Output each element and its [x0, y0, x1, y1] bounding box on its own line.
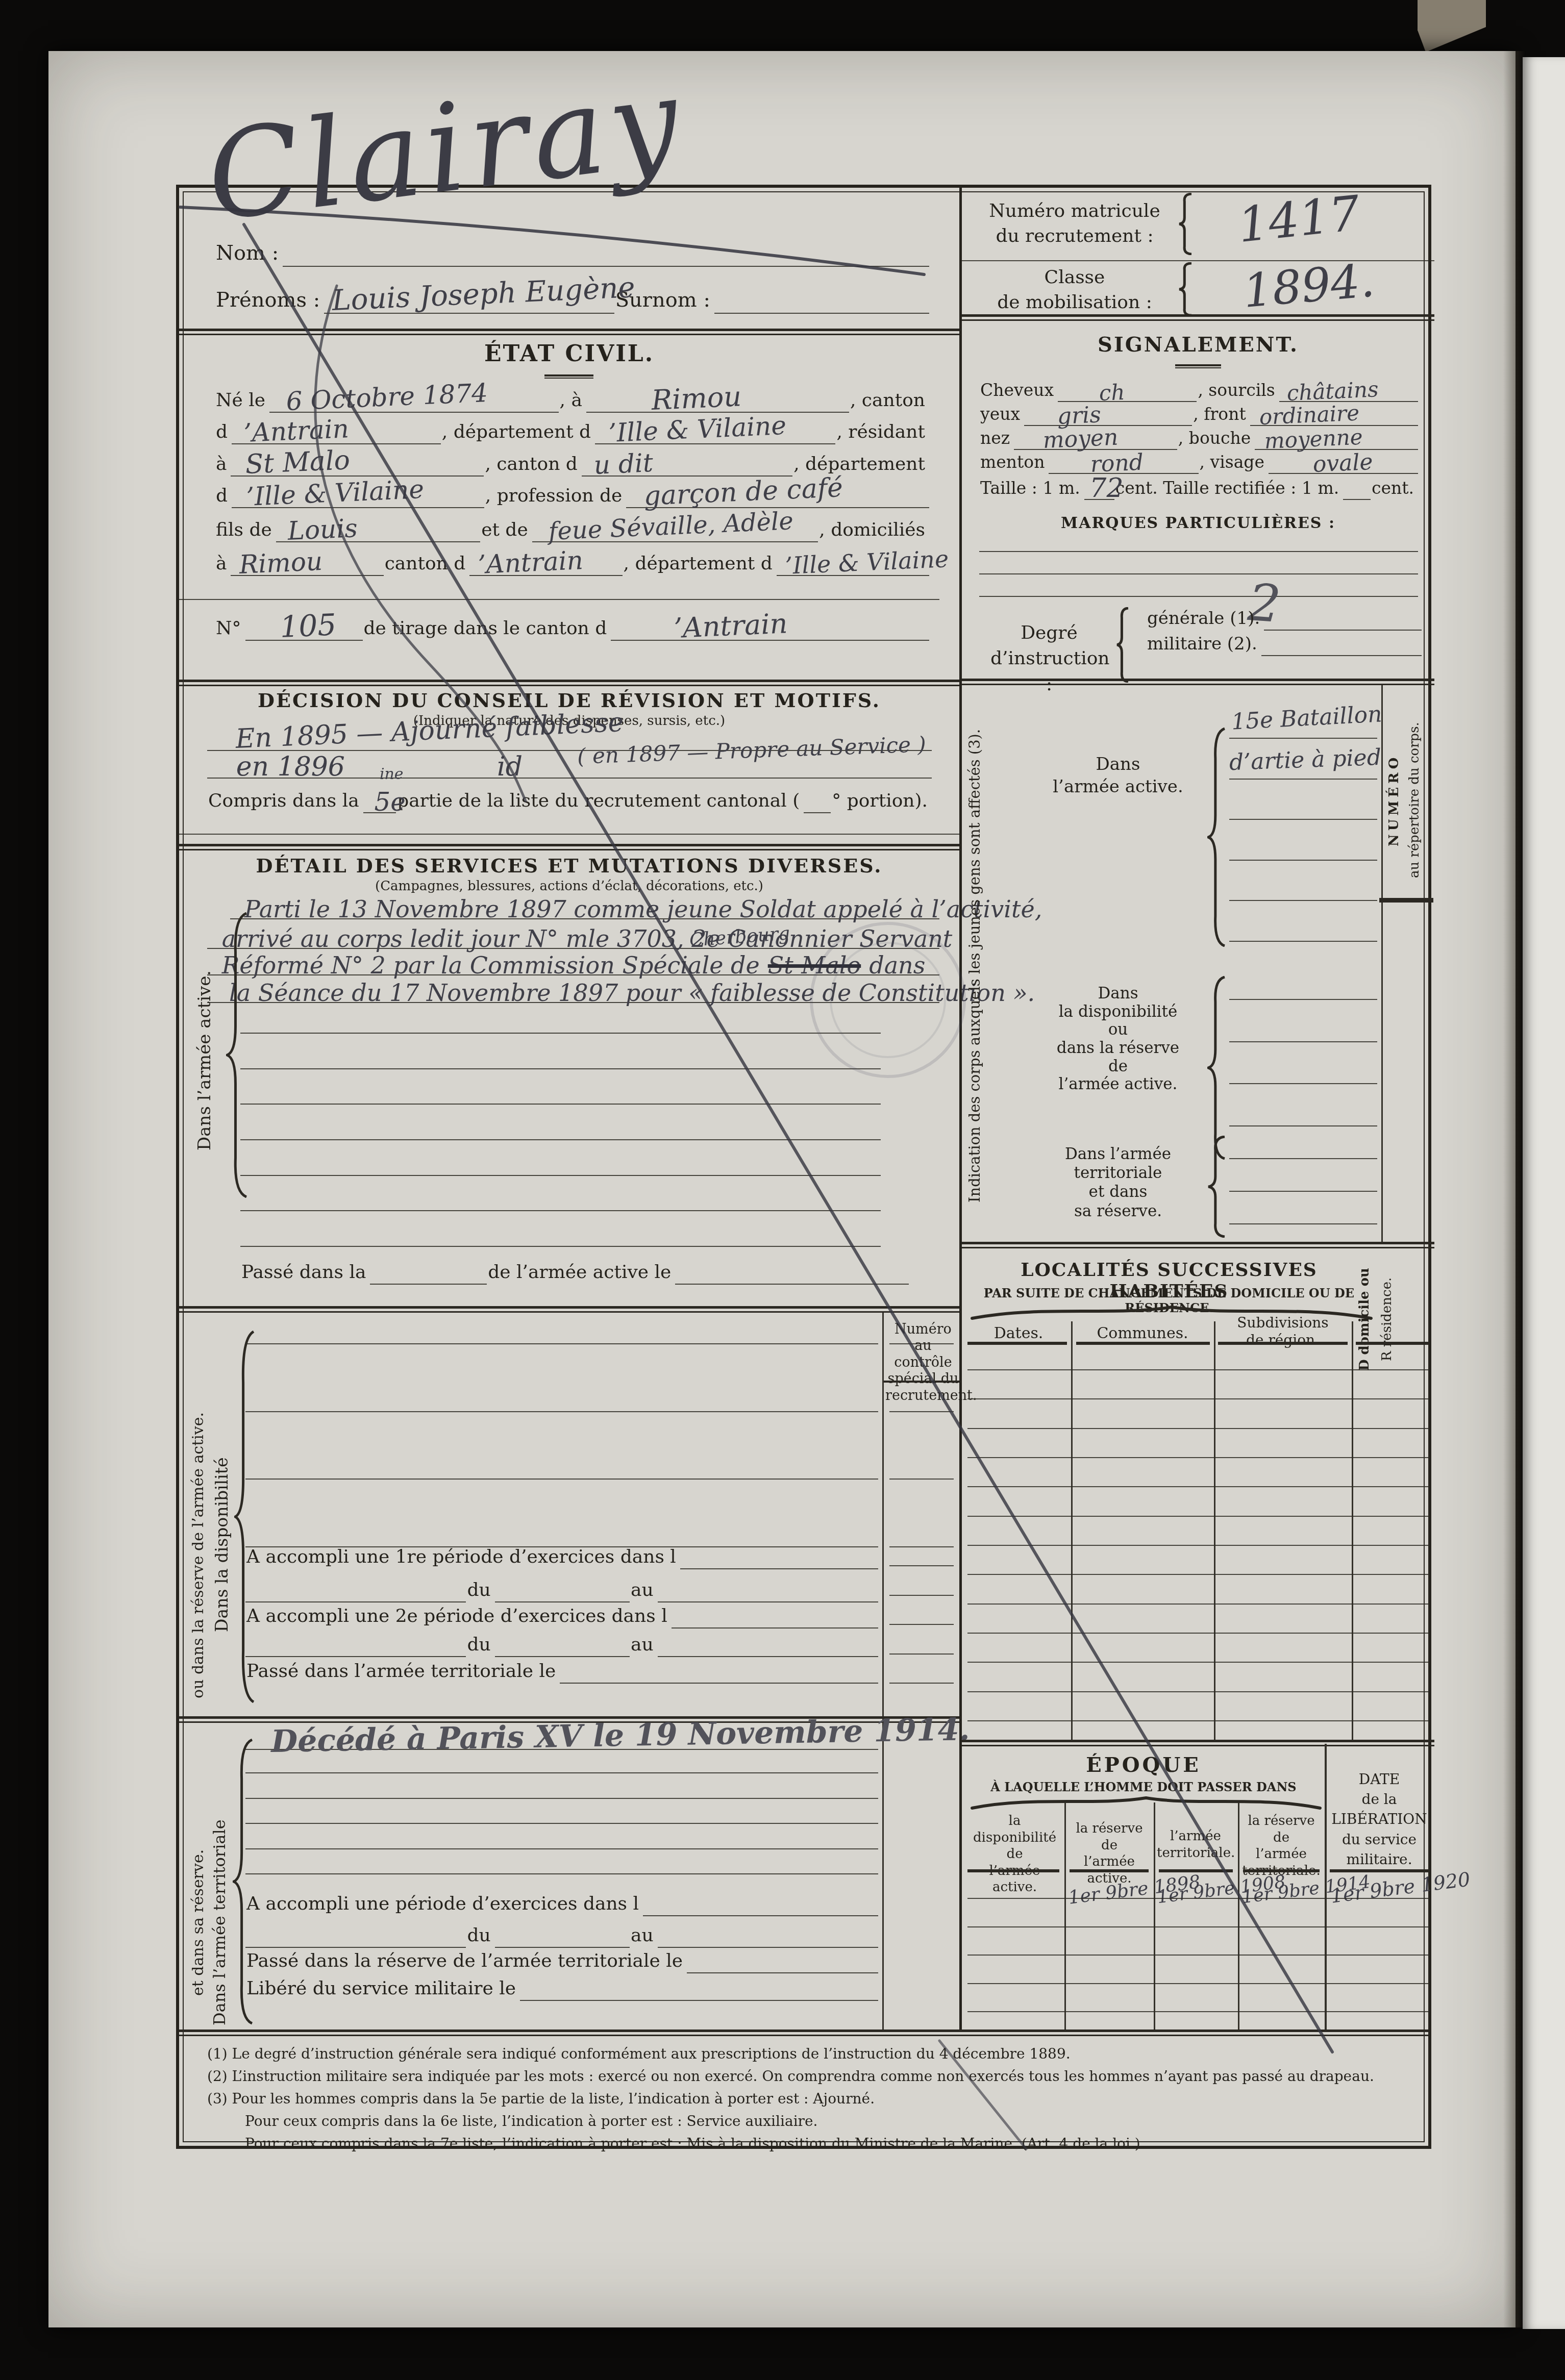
controle-column-divider	[882, 1313, 884, 2030]
ruled-line	[1229, 1191, 1377, 1192]
localites-col-residence: R résidence.	[1379, 1264, 1395, 1374]
prenoms-label: Prénoms :	[215, 288, 324, 314]
value: ’Ille & Vilaine	[608, 411, 787, 448]
prenoms-value: Louis Joseph Eugène	[331, 271, 636, 317]
label: de tirage dans le canton d	[363, 618, 611, 641]
deces-row: Décédé à Paris XV le 19 Novembre 1914.	[245, 1721, 878, 1750]
label: A accompli une 1re période d’exercices d…	[245, 1546, 680, 1569]
line: arrivé au corps ledit jour N° mle 3703, …	[207, 924, 939, 949]
line: feue Sévaille, Adèle	[532, 516, 818, 542]
ruled-line	[240, 1210, 881, 1211]
label: d	[215, 485, 232, 508]
label: , front	[1192, 404, 1250, 426]
epoque-col-2: la réserve de l’armée active.	[1068, 1820, 1151, 1887]
label: à	[215, 553, 231, 576]
label: , visage	[1199, 452, 1269, 474]
etat-civil-title: ÉTAT CIVIL.	[179, 341, 959, 367]
sig-row-3: nez moyen , bouche moyenne	[979, 425, 1418, 450]
ruled-line	[1229, 779, 1377, 780]
field-prenoms: Prénoms : Louis Joseph Eugène Surnom :	[215, 282, 929, 314]
territoriale-vertical-label-2: et dans sa réserve.	[189, 1800, 207, 2045]
line: 6 Octobre 1874	[269, 386, 559, 413]
ruled-line	[240, 1246, 881, 1247]
value-superscript: ine	[380, 765, 404, 817]
line: Rimou	[586, 386, 849, 413]
line: ’Ille & Vilaine	[777, 549, 929, 576]
label: Passé dans la	[240, 1262, 370, 1285]
footnote-3: (3) Pour les hommes compris dans la 5e p…	[207, 2090, 1417, 2108]
decision-line-2: en 1896 id	[207, 752, 932, 779]
ec-row-4: d ’Ille & Vilaine , profession de garçon…	[215, 482, 929, 508]
line: la Séance du 17 Novembre 1897 pour « fai…	[207, 979, 939, 1003]
ruled-line	[967, 1604, 1429, 1605]
separator	[179, 1306, 959, 1313]
label: A accompli une 2e période d’exercices da…	[245, 1606, 672, 1629]
label: au	[630, 1634, 658, 1657]
classe-label: Classe de mobilisation :	[975, 265, 1174, 315]
tirage-row: N° 105 de tirage dans le canton d ’Antra…	[215, 614, 929, 641]
ruled-line	[889, 1654, 954, 1655]
label: N°	[215, 618, 245, 641]
line: Louis	[276, 516, 480, 542]
armee-active-brace	[226, 912, 247, 1198]
ruled-line	[967, 1898, 1429, 1899]
line	[672, 1603, 878, 1629]
corps-b3-lines	[1229, 1158, 1377, 1224]
line	[245, 1921, 466, 1948]
epoque-col-1: la disponibilité de l’armée active.	[967, 1813, 1062, 1896]
ec-row-3: à St Malo , canton d u dit , département	[215, 450, 929, 477]
value: ’Antrain	[243, 414, 350, 448]
ruled-line	[240, 1033, 881, 1034]
value: ovale	[1312, 449, 1374, 478]
separator	[962, 679, 1434, 685]
label: A accompli une période d’exercices dans …	[245, 1893, 643, 1916]
title-flourish	[1175, 364, 1221, 368]
ruled-line	[1229, 941, 1377, 942]
line: 72	[1084, 474, 1114, 500]
ruled-line	[245, 1411, 878, 1412]
value: Réformé N° 2 par la Commission Spéciale …	[222, 951, 926, 979]
value: u dit	[593, 448, 654, 480]
ruled-line	[967, 1720, 1429, 1721]
ruled-line	[889, 1343, 954, 1344]
ruled-line	[967, 1955, 1429, 1956]
ruled-line	[967, 1662, 1429, 1663]
line	[495, 1921, 630, 1948]
field-nom: Nom :	[215, 236, 929, 267]
ruled-line	[1229, 900, 1377, 901]
territoriale-vertical-label-1: Dans l’armée territoriale	[210, 1780, 229, 2065]
epoque-header-underline	[967, 1869, 1059, 1872]
footnote-2: (2) L’instruction militaire sera indiqué…	[207, 2067, 1417, 2085]
ruled-line	[889, 1479, 954, 1480]
ruled-line	[967, 1926, 1429, 1927]
label: du	[466, 1634, 494, 1657]
periode1-dates-row: du au	[245, 1576, 878, 1602]
libere-row: Libéré du service militaire le	[245, 1974, 878, 2001]
label: et de	[480, 519, 532, 542]
label: , département d	[441, 421, 595, 444]
territoriale-blank-lines	[245, 1772, 878, 1874]
corps-b2-label: Dans la disponibilité ou dans la réserve…	[1041, 985, 1195, 1094]
ruled-line	[245, 1772, 878, 1773]
epoque-subtitle: À LAQUELLE L’HOMME DOIT PASSER DANS	[962, 1780, 1325, 1794]
value: St Malo	[245, 445, 351, 480]
localites-col-dates: Dates.	[967, 1324, 1070, 1342]
label: , département d	[623, 553, 777, 576]
epoque-col-date: DATE de la LIBÉRATION du service militai…	[1328, 1769, 1430, 1869]
corps-vertical-label: Indication des corps auxquels les jeunes…	[966, 690, 983, 1241]
value: ’Antrain	[673, 607, 788, 644]
line: ’Antrain	[469, 549, 622, 576]
corps-b1-value-2: d’artie à pied	[1229, 744, 1381, 775]
label: , sourcils	[1197, 380, 1279, 402]
ruled-line	[1229, 1083, 1377, 1084]
periode3-dates-row: du au	[245, 1921, 878, 1948]
ruled-line	[967, 2011, 1429, 2012]
line	[245, 1576, 466, 1602]
ruled-line	[889, 1546, 954, 1547]
ruled-line	[967, 1574, 1429, 1575]
value: garçon de café	[643, 472, 843, 512]
epoque-header-underline	[1070, 1869, 1149, 1872]
label: ° portion).	[831, 790, 932, 813]
corps-b2-brace	[1207, 976, 1226, 1160]
line: ’Ille & Vilaine	[595, 418, 835, 444]
label: générale (1).	[1146, 608, 1264, 631]
periode2-dates-row: du au	[245, 1632, 878, 1657]
value: feue Sévaille, Adèle	[548, 507, 794, 546]
corps-b1-value-1: 15e Bataillon	[1231, 701, 1383, 735]
ruled-line	[967, 1486, 1429, 1487]
line: ordinaire	[1250, 402, 1418, 426]
label: cent.	[1371, 478, 1418, 500]
ruled-line	[245, 1479, 878, 1480]
line	[495, 1632, 630, 1657]
line	[1264, 606, 1422, 631]
label: du	[466, 1580, 494, 1602]
ruled-line	[1229, 1125, 1377, 1126]
line: ’Ille & Vilaine	[232, 482, 484, 508]
line: rond	[1049, 449, 1198, 474]
separator	[179, 844, 959, 850]
label: d	[215, 421, 232, 444]
ruled-line	[889, 1411, 954, 1412]
separator	[962, 1740, 1434, 1746]
line	[1343, 474, 1371, 500]
service-line-1: Parti le 13 Novembre 1897 comme jeune So…	[230, 895, 939, 919]
line: St Malo	[231, 450, 484, 477]
passe-territoriale-row: Passé dans l’armée territoriale le	[245, 1657, 878, 1684]
line	[680, 1543, 878, 1569]
periode2-row: A accompli une 2e période d’exercices da…	[245, 1603, 878, 1629]
disponibilite-vertical-label-1: Dans la disponibilité	[212, 1387, 232, 1703]
ruled-line	[979, 596, 1418, 597]
footnote-1: (1) Le degré d’instruction générale sera…	[207, 2045, 1417, 2063]
ec-row-1: Né le 6 Octobre 1874 , à Rimou , canton	[215, 386, 929, 413]
corps-b3-brace	[1207, 1136, 1226, 1238]
ruled-line	[1229, 999, 1377, 1000]
line	[658, 1576, 878, 1602]
instruction-generale-row: générale (1).	[1146, 606, 1422, 631]
label: partie de la liste du recrutement canton…	[396, 790, 804, 813]
ruled-line	[967, 1545, 1429, 1546]
footnote-5: Pour ceux compris dans la 7e liste, l’in…	[207, 2135, 1417, 2152]
label: , profession de	[484, 485, 627, 508]
line	[370, 1258, 487, 1285]
ruled-line	[240, 1104, 881, 1105]
decision-title: DÉCISION DU CONSEIL DE RÉVISION ET MOTIF…	[179, 689, 959, 712]
value: ’Ille & Vilaine	[245, 474, 425, 512]
line: u dit	[582, 450, 792, 477]
line	[520, 1974, 878, 2001]
localites-header-underline	[967, 1342, 1067, 1345]
instruction-label: Degré d’instruction :	[990, 620, 1108, 697]
label: à	[215, 454, 231, 477]
next-page-edge	[1523, 57, 1565, 2329]
localites-header-underline	[1356, 1342, 1429, 1345]
line: gris	[1024, 402, 1192, 426]
value: 6 Octobre 1874	[286, 378, 489, 416]
line: ch	[1058, 378, 1197, 402]
ruled-line	[1229, 1223, 1377, 1224]
periode1-row: A accompli une 1re période d’exercices d…	[245, 1543, 878, 1569]
separator	[962, 314, 1434, 321]
label: menton	[979, 452, 1049, 474]
corps-b2-lines	[1229, 999, 1377, 1126]
label: Cheveux	[979, 380, 1058, 402]
value: Rimou	[651, 380, 742, 416]
value: ’Antrain	[478, 545, 584, 580]
ruled-line	[1229, 1041, 1377, 1042]
marques-blank-lines	[979, 551, 1418, 597]
line: garçon de café	[626, 482, 929, 508]
ruled-line	[889, 1683, 954, 1684]
label: canton d	[384, 553, 470, 576]
epoque-header-underline	[1330, 1869, 1429, 1872]
separator	[179, 329, 959, 335]
label: , canton d	[484, 454, 582, 477]
epoque-col-3: l’armée territoriale.	[1157, 1828, 1234, 1861]
sig-row-1: Cheveux ch , sourcils châtains	[979, 378, 1418, 402]
label: nez	[979, 428, 1014, 450]
service-line-2: arrivé au corps ledit jour N° mle 3703, …	[207, 924, 939, 949]
line	[675, 1258, 909, 1285]
sig-row-2: yeux gris , front ordinaire	[979, 402, 1418, 426]
label: , canton	[849, 390, 929, 413]
label: Compris dans la	[207, 790, 363, 813]
label: Taille : 1 m.	[979, 478, 1084, 500]
footnote-separator	[179, 2030, 1428, 2036]
disponibilite-vertical-label-2: ou dans la réserve de l’armée active.	[189, 1351, 207, 1759]
ruled-line	[967, 1428, 1429, 1429]
controle-line-stubs	[889, 1343, 954, 1547]
line: ’Antrain	[232, 418, 441, 444]
localites-header-underline	[1076, 1342, 1210, 1345]
rule	[179, 599, 939, 600]
ruled-line	[240, 1175, 881, 1176]
ruled-line	[979, 573, 1418, 574]
scanned-register-page: Clairay Nom : Prénoms : Louis Joseph Eug…	[0, 0, 1565, 2380]
correction-above: Cherbourg	[689, 923, 793, 983]
line	[687, 1947, 878, 1973]
label: , résidant	[835, 421, 929, 444]
instruction-militaire-row: militaire (2).	[1146, 632, 1422, 656]
ruled-line	[245, 1823, 878, 1824]
line: moyen	[1014, 425, 1177, 450]
line	[658, 1632, 878, 1657]
title-flourish	[544, 374, 593, 379]
line: ovale	[1269, 449, 1418, 474]
repertoire-column-divider	[1381, 685, 1383, 1242]
nom-line	[283, 236, 929, 267]
line: en 1896 id	[207, 752, 932, 779]
controle-line-stubs-2	[889, 1565, 954, 1684]
periode3-row: A accompli une période d’exercices dans …	[245, 1890, 878, 1916]
book-cover-edge	[1418, 0, 1486, 52]
line	[658, 1921, 878, 1948]
corps-b1-brace	[1207, 728, 1226, 947]
label: fils de	[215, 519, 276, 542]
label: , à	[559, 390, 586, 413]
ruled-line	[889, 1624, 954, 1625]
line	[560, 1657, 878, 1684]
value: 72	[1089, 473, 1123, 504]
repertoire-mark	[1379, 898, 1433, 903]
label: de l’armée active le	[487, 1262, 675, 1285]
ruled-line	[967, 1516, 1429, 1517]
epoque-rows	[967, 1898, 1429, 2012]
ruled-line	[1229, 819, 1377, 820]
footnotes: (1) Le degré d’instruction générale sera…	[207, 2045, 1417, 2157]
instruction-brace	[1116, 607, 1129, 683]
passe-armee-active-row: Passé dans la de l’armée active le	[240, 1258, 909, 1285]
label: Passé dans la réserve de l’armée territo…	[245, 1950, 687, 1973]
line: ’Antrain	[611, 614, 929, 641]
line	[1261, 632, 1422, 656]
ruled-line	[967, 1633, 1429, 1634]
ruled-line	[967, 1457, 1429, 1458]
line: 105	[245, 614, 363, 641]
label: Né le	[215, 390, 269, 413]
label: yeux	[979, 404, 1024, 426]
ruled-line	[1229, 738, 1377, 739]
marques-label: MARQUES PARTICULIÈRES :	[962, 514, 1434, 532]
ruled-line	[245, 1798, 878, 1799]
corps-b3-label: Dans l’armée territoriale et dans sa rés…	[1041, 1145, 1195, 1221]
separator	[962, 1242, 1434, 1248]
service-line-4: la Séance du 17 Novembre 1897 pour « fai…	[207, 979, 939, 1003]
matricule-label: Numéro matricule du recrutement :	[975, 199, 1174, 248]
label: Libéré du service militaire le	[245, 1978, 520, 2001]
ruled-line	[967, 1398, 1429, 1399]
classe-value: 1894.	[1241, 254, 1377, 318]
ruled-line	[245, 1343, 878, 1344]
passe-reserve-territoriale-row: Passé dans la réserve de l’armée territo…	[245, 1947, 878, 1973]
label: cent. Taille rectifiée : 1 m.	[1114, 478, 1343, 500]
localites-col-domicile: D domicile ou	[1357, 1258, 1372, 1381]
repertoire-label-1: NUMÉRO	[1386, 698, 1402, 902]
line: Décédé à Paris XV le 19 Novembre 1914.	[245, 1721, 878, 1750]
ruled-line	[1229, 860, 1377, 861]
line: châtains	[1279, 378, 1418, 402]
ruled-line	[240, 1068, 881, 1069]
line	[245, 1632, 466, 1657]
line: 5e ine	[363, 785, 396, 813]
label: , bouche	[1177, 428, 1255, 450]
value: Rimou	[239, 546, 324, 580]
value-part: dans	[869, 951, 925, 979]
matricule-value: 1417	[1235, 186, 1362, 254]
value: en 1896	[236, 751, 345, 782]
prenoms-line: Louis Joseph Eugène	[324, 282, 614, 314]
localites-header-underline	[1218, 1342, 1348, 1345]
matricule-form: Nom : Prénoms : Louis Joseph Eugène Surn…	[176, 185, 1431, 2149]
classe-brace	[1178, 262, 1193, 316]
value: ’Ille & Vilaine	[784, 545, 949, 580]
value: Parti le 13 Novembre 1897 comme jeune So…	[244, 895, 1042, 923]
footnote-4: Pour ceux compris dans la 6e liste, l’in…	[207, 2112, 1417, 2130]
line	[495, 1576, 630, 1602]
armee-active-blank-lines	[240, 1033, 881, 1247]
signalement-title: SIGNALEMENT.	[962, 333, 1434, 357]
detail-subtitle: (Campagnes, blessures, actions d’éclat, …	[179, 879, 959, 894]
value: id	[497, 751, 523, 782]
value: Louis	[287, 513, 358, 546]
repertoire-label-2: au répertoire du corps.	[1407, 688, 1422, 912]
service-line-3: Réformé N° 2 par la Commission Spéciale …	[207, 951, 939, 975]
label: , domiciliés	[818, 519, 929, 542]
ruled-line	[967, 1691, 1429, 1692]
rule	[179, 834, 959, 835]
ec-row-2: d ’Antrain , département d ’Ille & Vilai…	[215, 418, 929, 444]
ec-row-5: fils de Louis et de feue Sévaille, Adèle…	[215, 516, 929, 542]
disponibilite-blank-lines	[245, 1343, 878, 1547]
ruled-line	[967, 1983, 1429, 1984]
ruled-line	[979, 551, 1418, 552]
label: du	[466, 1925, 494, 1948]
label: au	[630, 1925, 658, 1948]
epoque-title: ÉPOQUE	[962, 1753, 1325, 1777]
line: Réformé N° 2 par la Commission Spéciale …	[207, 951, 939, 975]
line	[804, 785, 831, 813]
form-page: Clairay Nom : Prénoms : Louis Joseph Eug…	[48, 51, 1516, 2327]
line: Rimou	[231, 549, 383, 576]
sig-row-4: menton rond , visage ovale	[979, 449, 1418, 474]
label: militaire (2).	[1146, 634, 1261, 656]
line	[643, 1890, 878, 1916]
armee-active-vertical-label: Dans l’armée active.	[194, 953, 215, 1167]
line: Parti le 13 Novembre 1897 comme jeune So…	[230, 895, 939, 919]
value: arrivé au corps ledit jour N° mle 3703, …	[222, 925, 953, 953]
line: moyenne	[1255, 425, 1418, 450]
compris-row: Compris dans la 5e ine partie de la list…	[207, 785, 932, 813]
ruled-line	[967, 1369, 1429, 1370]
ruled-line	[889, 1565, 954, 1566]
label: , département	[792, 454, 929, 477]
ruled-line	[245, 1873, 878, 1874]
label: Passé dans l’armée territoriale le	[245, 1661, 560, 1684]
taille-row: Taille : 1 m. 72 cent. Taille rectifiée …	[979, 474, 1418, 500]
value-part: Réformé N° 2 par la Commission Spéciale …	[222, 951, 760, 979]
value: la Séance du 17 Novembre 1897 pour « fai…	[229, 979, 1035, 1007]
surnom-line	[714, 282, 929, 314]
ruled-line	[245, 1848, 878, 1849]
ec-row-6: à Rimou canton d ’Antrain , département …	[215, 549, 929, 576]
detail-title: DÉTAIL DES SERVICES ET MUTATIONS DIVERSE…	[179, 854, 959, 877]
value: 105	[279, 607, 337, 644]
